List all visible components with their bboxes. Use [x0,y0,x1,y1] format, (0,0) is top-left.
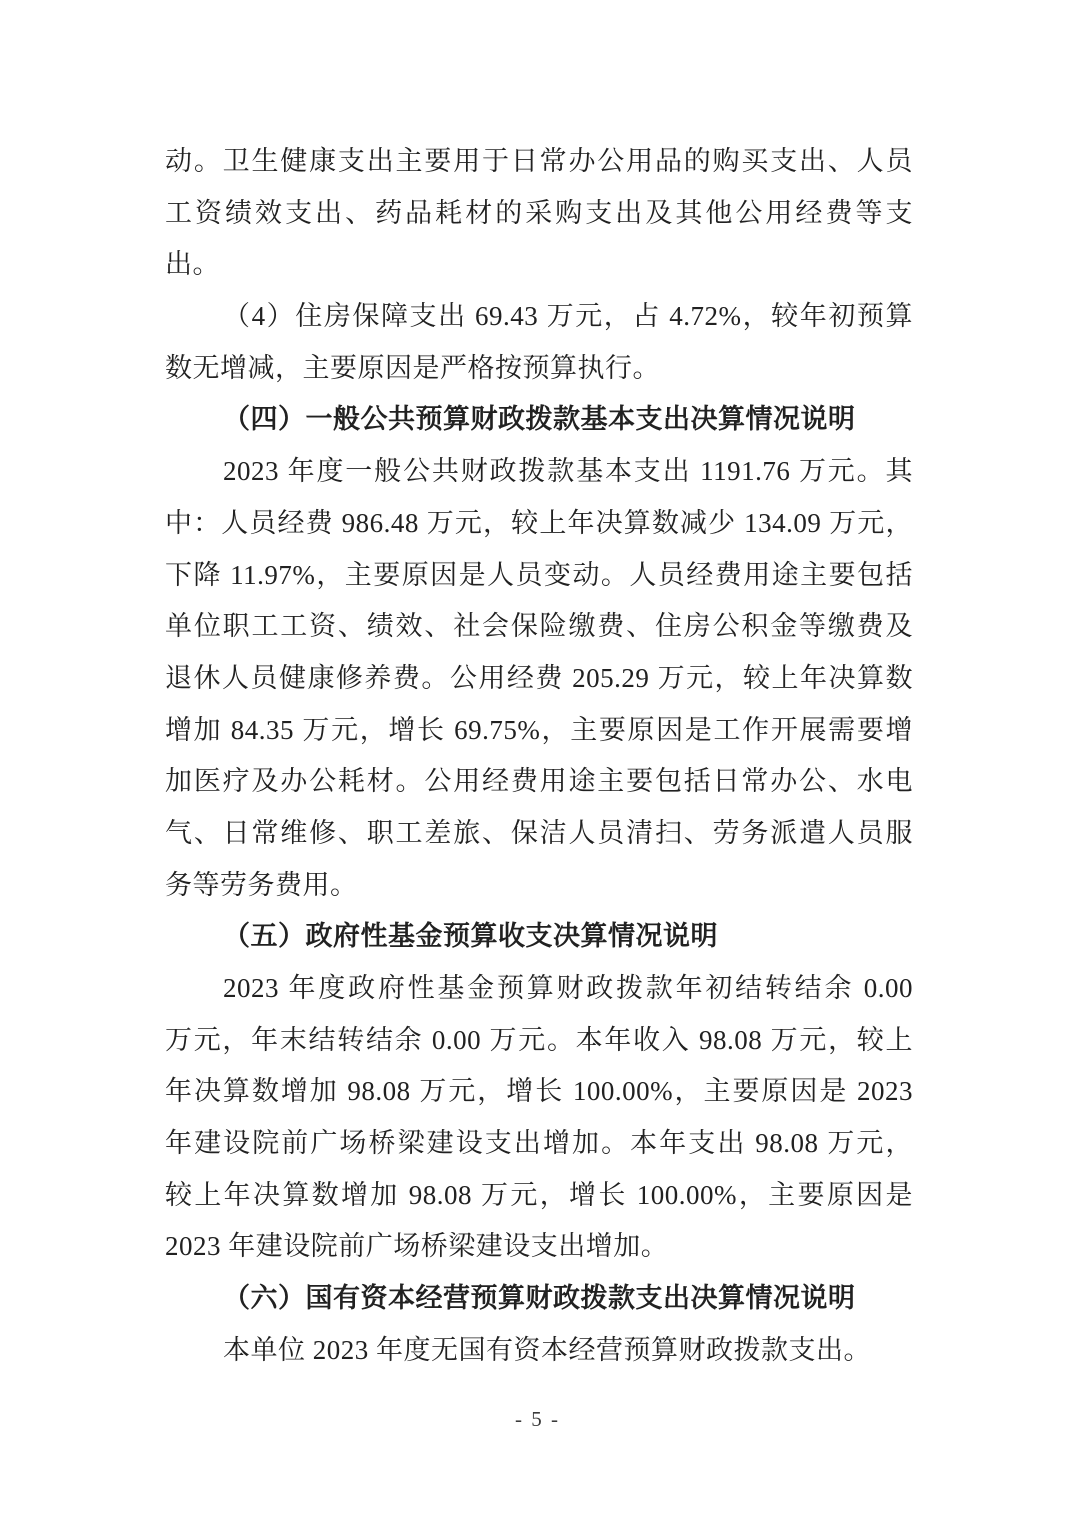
page-number: - 5 - [0,1403,1075,1435]
text-line: 本单位 2023 年度无国有资本经营预算财政拨款支出。 [165,1325,913,1377]
text-line: 中：人员经费 986.48 万元，较上年决算数减少 134.09 万元， [165,498,913,550]
section-heading: （五）政府性基金预算收支决算情况说明 [165,911,913,963]
text-line: 气、日常维修、职工差旅、保洁人员清扫、劳务派遣人员服 [165,808,913,860]
text-line: 退休人员健康修养费。公用经费 205.29 万元，较上年决算数 [165,653,913,705]
text-line: 下降 11.97%，主要原因是人员变动。人员经费用途主要包括 [165,550,913,602]
text-line: 工资绩效支出、药品耗材的采购支出及其他公用经费等支 [165,188,913,240]
text-line: 务等劳务费用。 [165,860,913,912]
document-body: 动。卫生健康支出主要用于日常办公用品的购买支出、人员 工资绩效支出、药品耗材的采… [165,136,913,1377]
text-line: 单位职工工资、绩效、社会保险缴费、住房公积金等缴费及 [165,601,913,653]
text-line: 年建设院前广场桥梁建设支出增加。本年支出 98.08 万元， [165,1118,913,1170]
text-line: 2023 年度一般公共财政拨款基本支出 1191.76 万元。其 [165,446,913,498]
text-line: 出。 [165,239,913,291]
text-line: 较上年决算数增加 98.08 万元，增长 100.00%，主要原因是 [165,1170,913,1222]
document-page: 动。卫生健康支出主要用于日常办公用品的购买支出、人员 工资绩效支出、药品耗材的采… [0,0,1075,1520]
section-heading: （六）国有资本经营预算财政拨款支出决算情况说明 [165,1273,913,1325]
text-line: 加医疗及办公耗材。公用经费用途主要包括日常办公、水电 [165,756,913,808]
text-line: 数无增减，主要原因是严格按预算执行。 [165,343,913,395]
text-line: 动。卫生健康支出主要用于日常办公用品的购买支出、人员 [165,136,913,188]
text-line: 年决算数增加 98.08 万元，增长 100.00%，主要原因是 2023 [165,1066,913,1118]
text-line: （4）住房保障支出 69.43 万元，占 4.72%，较年初预算 [165,291,913,343]
section-heading: （四）一般公共预算财政拨款基本支出决算情况说明 [165,394,913,446]
text-line: 增加 84.35 万元，增长 69.75%，主要原因是工作开展需要增 [165,705,913,757]
text-line: 万元，年末结转结余 0.00 万元。本年收入 98.08 万元，较上 [165,1015,913,1067]
text-line: 2023 年建设院前广场桥梁建设支出增加。 [165,1221,913,1273]
text-line: 2023 年度政府性基金预算财政拨款年初结转结余 0.00 [165,963,913,1015]
